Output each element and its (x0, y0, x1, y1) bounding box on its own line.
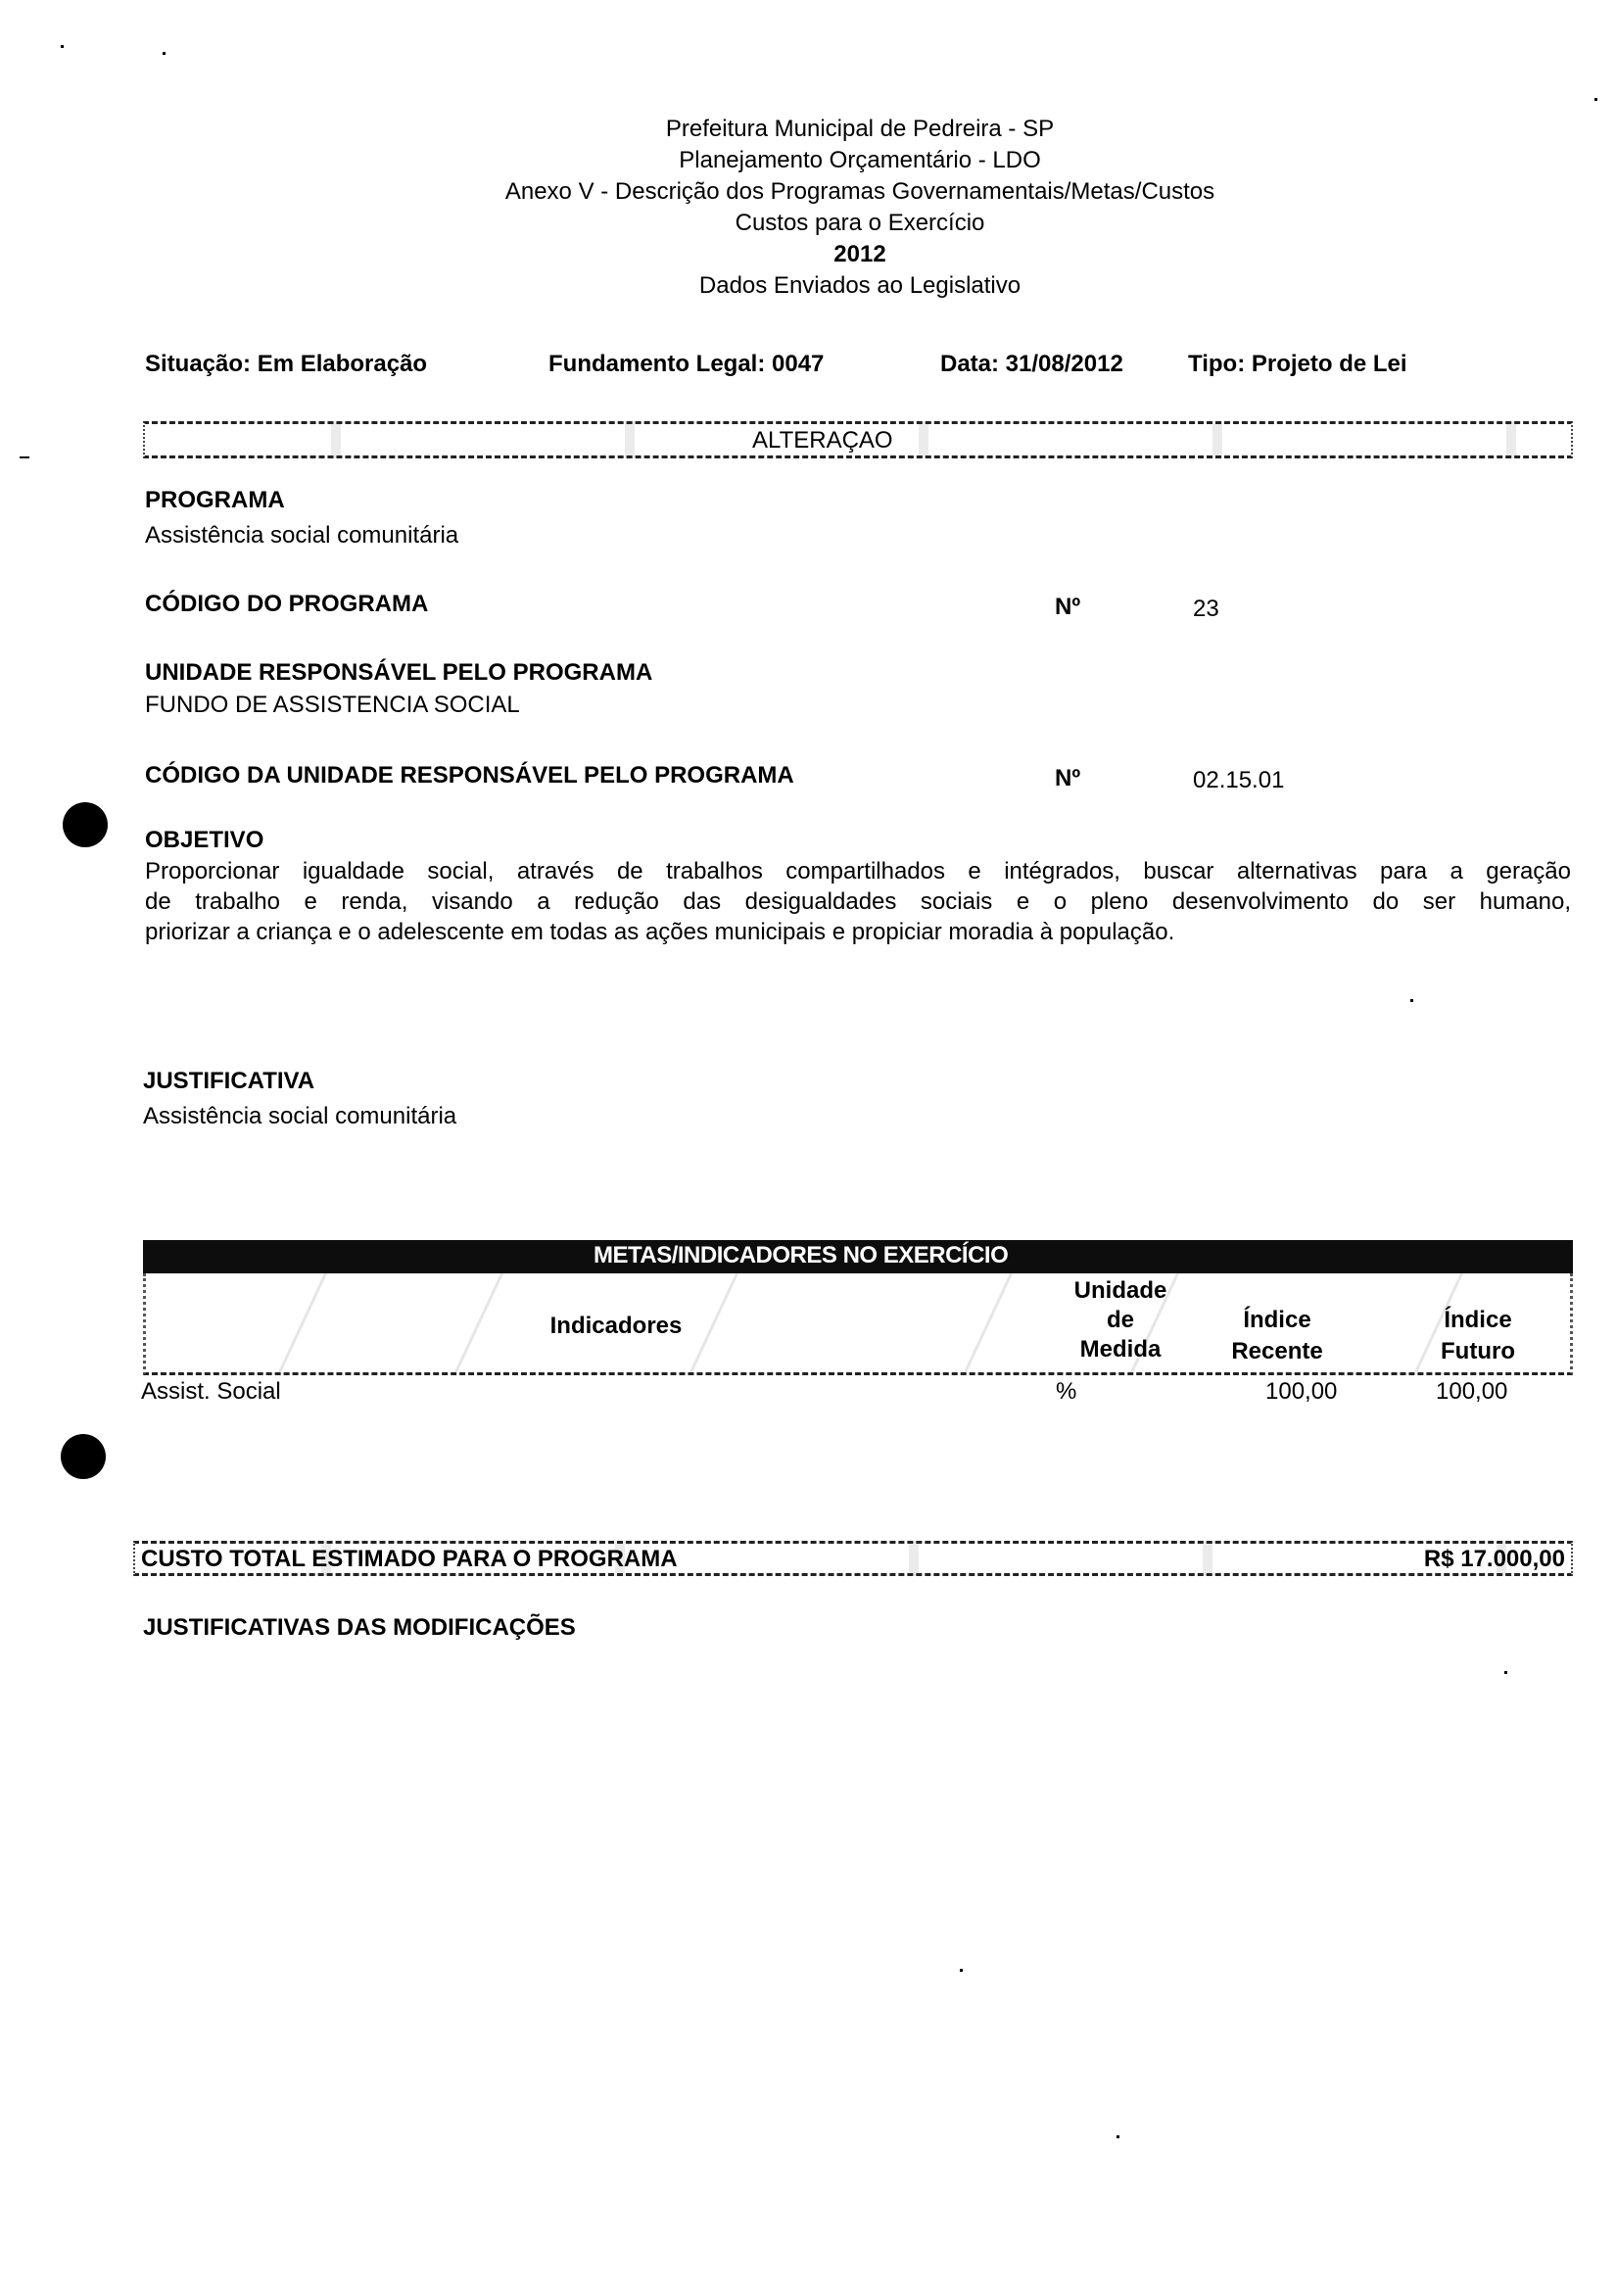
status-data: Data: 31/08/2012 (940, 351, 1123, 378)
justificativa-title: JUSTIFICATIVA (143, 1068, 314, 1095)
status-tipo: Tipo: Projeto de Lei (1188, 351, 1407, 378)
status-fundamento-legal: Fundamento Legal: 0047 (548, 351, 824, 378)
col-unidade-line: Medida (1052, 1332, 1189, 1366)
programa-value: Assistência social comunitária (145, 522, 458, 550)
header-municipality: Prefeitura Municipal de Pedreira - SP (0, 114, 1616, 145)
objetivo-line: de trabalho e renda, visando a redução d… (145, 886, 1571, 917)
programa-title: PROGRAMA (145, 487, 285, 514)
objetivo-title: OBJETIVO (145, 827, 263, 854)
header-year: 2012 (0, 239, 1616, 270)
scan-speck (1117, 2135, 1119, 2138)
codigo-unidade-value: 02.15.01 (1193, 767, 1284, 794)
unidade-value: FUNDO DE ASSISTENCIA SOCIAL (145, 692, 520, 719)
col-futuro-line: Futuro (1409, 1334, 1546, 1368)
metas-column-header: Indicadores Unidade de Medida Índice Rec… (143, 1273, 1573, 1375)
col-indice-recente: Índice Recente (1209, 1303, 1346, 1368)
cell-indicador: Assist. Social (141, 1378, 281, 1406)
status-situacao: Situação: Em Elaboração (145, 351, 427, 378)
scan-speck (960, 1969, 963, 1972)
codigo-programa-value: 23 (1193, 596, 1219, 623)
codigo-unidade-num-label: Nº (1055, 765, 1080, 792)
scan-speck (61, 45, 64, 48)
cell-indice-recente: 100,00 (1265, 1378, 1337, 1406)
objetivo-text: Proporcionar igualdade social, através d… (145, 856, 1571, 947)
metas-header-bar: METAS/INDICADORES NO EXERCÍCIO (143, 1240, 1573, 1273)
col-indice-futuro: Índice Futuro (1409, 1303, 1546, 1368)
scan-speck (1594, 98, 1597, 101)
col-unidade-medida: Unidade de Medida (1052, 1273, 1189, 1366)
justificativa-value: Assistência social comunitária (143, 1103, 456, 1130)
cell-indice-futuro: 100,00 (1436, 1378, 1507, 1406)
header-planning: Planejamento Orçamentário - LDO (0, 145, 1616, 176)
document-header: Prefeitura Municipal de Pedreira - SP Pl… (0, 114, 1616, 302)
header-costs: Custos para o Exercício (0, 208, 1616, 239)
objetivo-line: Proporcionar igualdade social, através d… (145, 856, 1571, 886)
objetivo-line: priorizar a criança e o adelescente em t… (145, 917, 1571, 947)
alteracao-label: ALTERAÇAO (752, 427, 893, 454)
scan-speck (163, 52, 166, 55)
col-recente-line: Índice (1209, 1303, 1346, 1337)
col-indicadores: Indicadores (518, 1309, 714, 1343)
custo-total-label: CUSTO TOTAL ESTIMADO PARA O PROGRAMA (141, 1546, 678, 1573)
cell-unidade: % (1056, 1378, 1076, 1406)
header-annex: Anexo V - Descrição dos Programas Govern… (0, 176, 1616, 208)
scan-speck (1504, 1671, 1507, 1674)
col-futuro-line: Índice (1409, 1303, 1546, 1337)
scan-speck (1410, 999, 1413, 1002)
header-sent: Dados Enviados ao Legislativo (0, 270, 1616, 302)
codigo-unidade-title: CÓDIGO DA UNIDADE RESPONSÁVEL PELO PROGR… (145, 762, 794, 789)
custo-total-bar: CUSTO TOTAL ESTIMADO PARA O PROGRAMA R$ … (133, 1541, 1573, 1576)
punch-hole-top (63, 802, 108, 847)
justificativas-modificacoes-title: JUSTIFICATIVAS DAS MODIFICAÇÕES (143, 1614, 576, 1642)
codigo-programa-title: CÓDIGO DO PROGRAMA (145, 591, 428, 618)
col-recente-line: Recente (1209, 1334, 1346, 1368)
scan-speck (20, 456, 29, 458)
punch-hole-bottom (61, 1434, 106, 1479)
unidade-title: UNIDADE RESPONSÁVEL PELO PROGRAMA (145, 659, 652, 687)
alteracao-bar: ALTERAÇAO (143, 421, 1573, 458)
codigo-programa-num-label: Nº (1055, 594, 1080, 621)
metas-title: METAS/INDICADORES NO EXERCÍCIO (594, 1242, 1008, 1269)
custo-total-value: R$ 17.000,00 (1424, 1546, 1565, 1573)
